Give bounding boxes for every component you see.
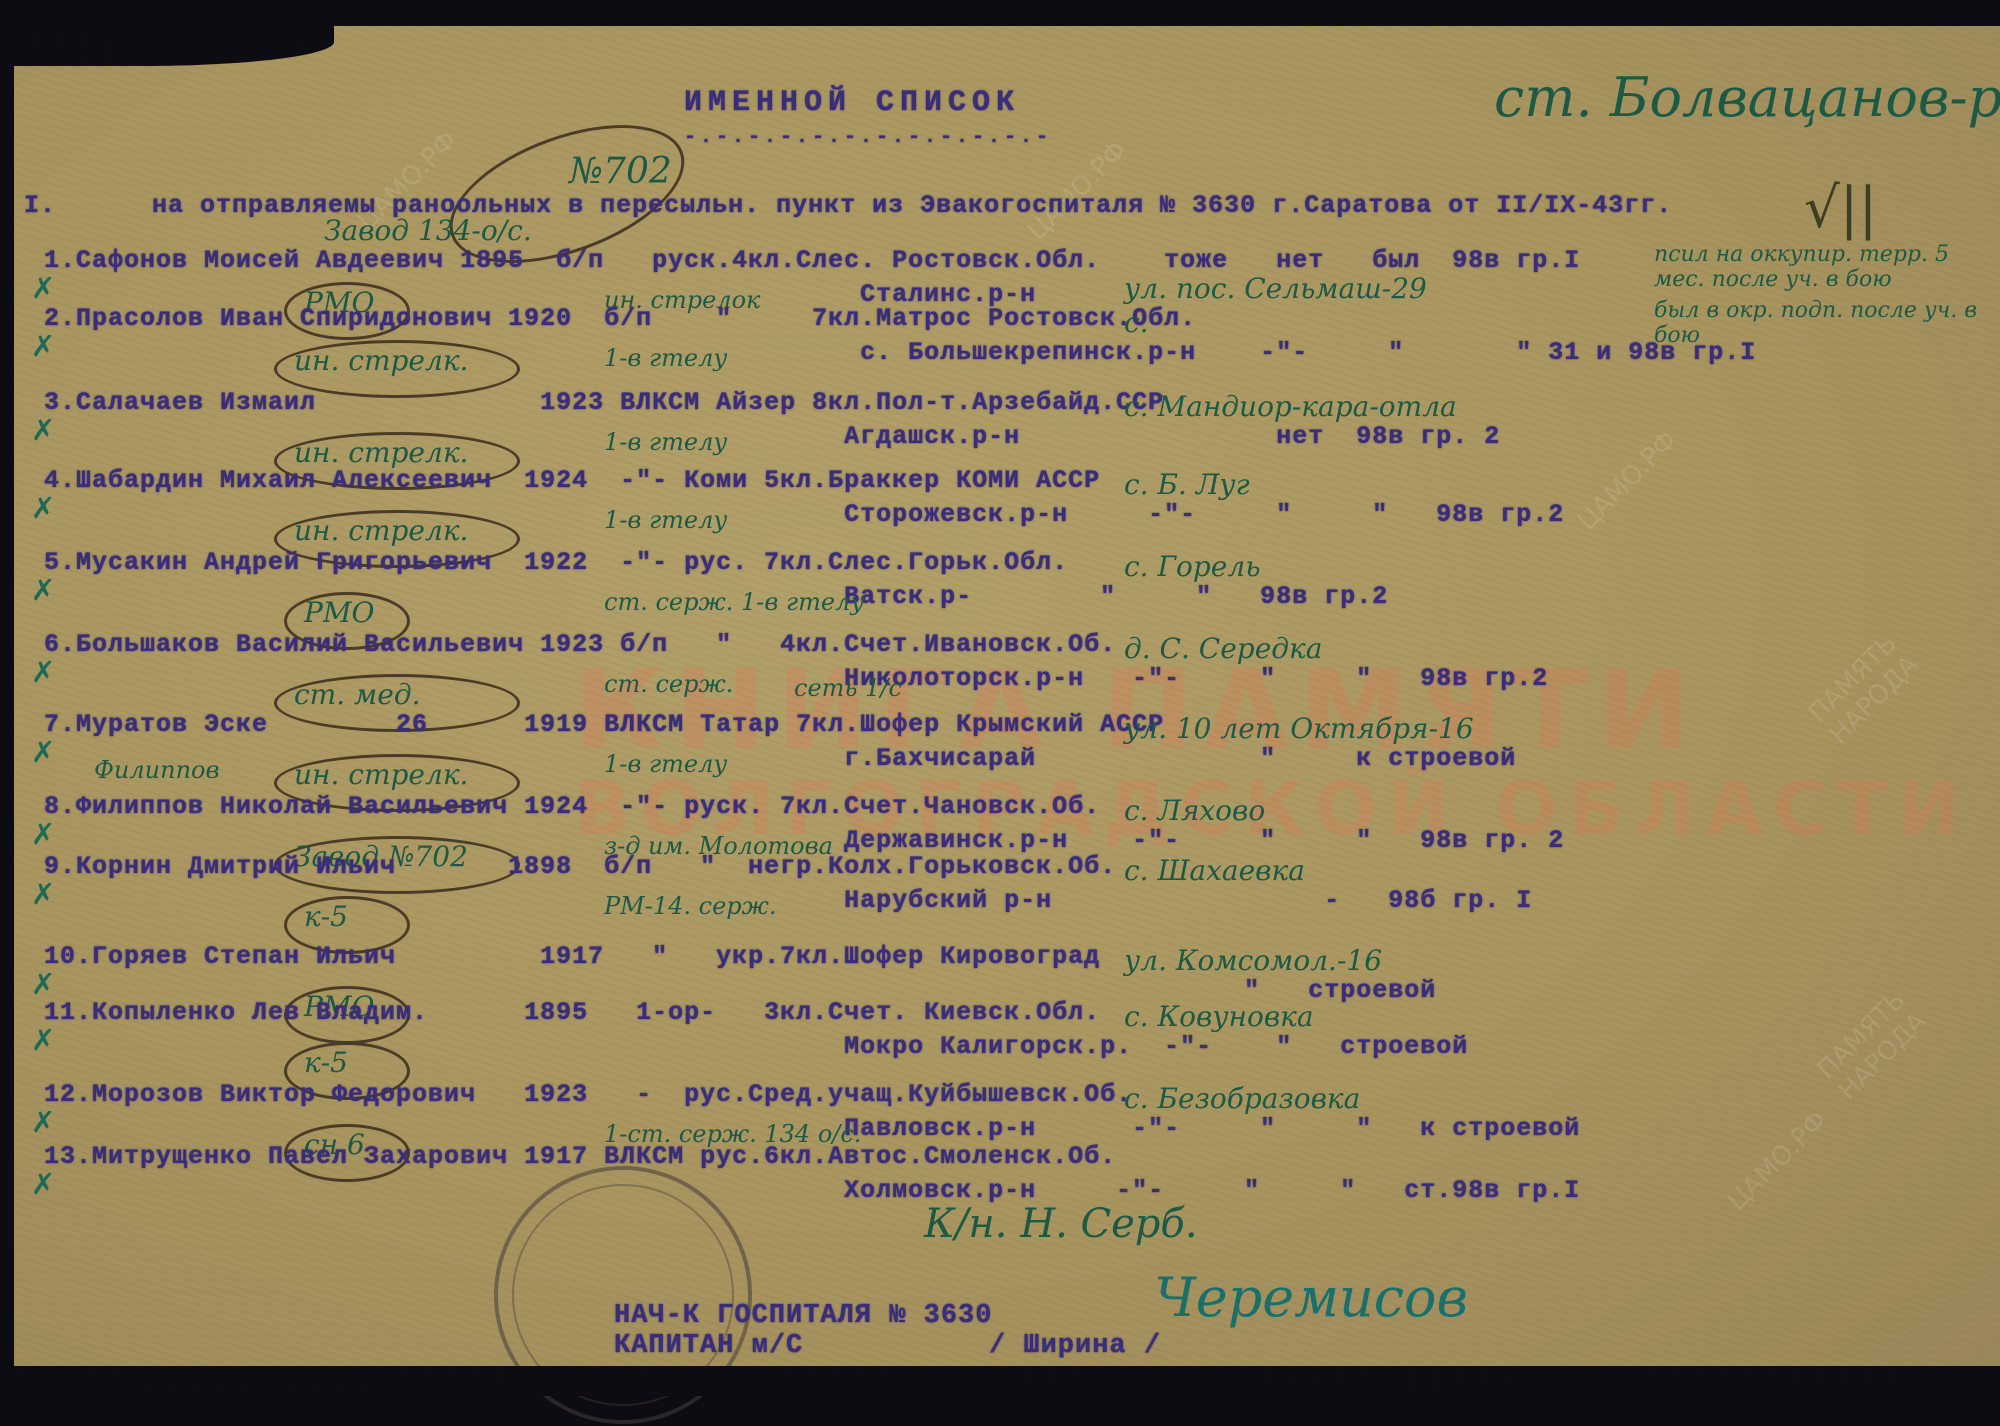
annotation-oval (432, 97, 703, 290)
handwritten-rank: 1-ст. серж. 134 о/с. (604, 1120, 861, 1148)
watermark-camo: ЦАМО.РФ (1022, 135, 1133, 246)
check-x-icon: ✗ (32, 1162, 54, 1205)
handwritten-address: с. Б. Луг (1124, 468, 1250, 501)
watermark-kniga-pamyati: КНИГА ПАМЯТИ (574, 646, 1700, 774)
list-row-line2: Холмовск.р-н -"- " " ст.98в гр.I (44, 1176, 1580, 1205)
annotation-oval (274, 674, 520, 732)
handwritten-note: псил на оккупир. терр. 5 мес. после уч. … (1654, 242, 1984, 292)
list-row-line2: " строевой (44, 976, 1436, 1005)
list-row-line1: 7.Муратов Эске 26 1919 ВЛКСМ Татар 7кл.Ш… (44, 710, 1164, 739)
handwritten-address: с. (1124, 306, 1149, 339)
handwritten-address: ул. пос. Сельмаш-29 (1124, 272, 1427, 305)
circled-annotation: к-5 (304, 900, 348, 933)
annotation-oval (284, 282, 410, 340)
check-x-icon: ✗ (32, 486, 54, 529)
handwritten-rank: РМ-14. серж. (604, 892, 777, 920)
annotation-oval (284, 986, 410, 1044)
list-row-line2: Нарубский р-н - 98б гр. I (44, 886, 1532, 915)
top-right-annotation: ст. Болвацанов-рз (1494, 66, 2000, 129)
header-annotation-zavod: Завод 134-о/с. (324, 214, 532, 247)
circled-annotation: РМО (304, 596, 374, 629)
handwritten-rank: 1-в гтелу (604, 506, 727, 534)
annotation-oval (284, 896, 410, 954)
list-row-line2: г.Бахчисарай " к строевой (44, 744, 1516, 773)
check-x-icon: ✗ (32, 872, 54, 915)
annotation-oval (274, 340, 520, 398)
annotation-oval (274, 432, 520, 490)
list-row-line1: 11.Копыленко Лев Владим. 1895 1-ор- 3кл.… (44, 998, 1100, 1027)
handwritten-above: Филиппов (94, 756, 219, 784)
handwritten-address: д. С. Середка (1124, 632, 1322, 665)
document-title: ИМЕННОЙ СПИСОК (684, 86, 1020, 120)
check-mark: √|| (1804, 176, 1877, 241)
list-row-line1: 6.Большаков Василий Васильевич 1923 б/п … (44, 630, 1116, 659)
list-row-line1: 10.Горяев Степан Ильич 1917 " укр.7кл.Шо… (44, 942, 1100, 971)
list-row-line2: Сталинс.р-н (44, 280, 1036, 309)
check-x-icon: ✗ (32, 730, 54, 773)
list-row-line1: 5.Мусакин Андрей Григорьевич 1922 -"- ру… (44, 548, 1068, 577)
handwritten-address: с. Ляхово (1124, 794, 1265, 827)
handwritten-address: ул. Комсомол.-16 (1124, 944, 1382, 977)
circled-annotation: РМО (304, 286, 374, 319)
circled-annotation: сн 6 (304, 1128, 365, 1161)
hospital-stamp (494, 1166, 752, 1424)
check-x-icon: ✗ (32, 1100, 54, 1143)
list-row-line1: 1.Сафонов Моисей Авдеевич 1895 б/п руск.… (44, 246, 1580, 275)
list-row-line1: 4.Шабардин Михаил Алексеевич 1924 -"- Ко… (44, 466, 1100, 495)
list-row-line2: Сторожевск.р-н -"- " " 98в гр.2 (44, 500, 1564, 529)
title-underline: -.-.-.-.-.-.-.-.-.-.-.- (684, 126, 1052, 149)
circled-annotation: Завод №702 (294, 840, 468, 873)
check-x-icon: ✗ (32, 962, 54, 1005)
list-row-line2: Державинск.р-н -"- " " 98в гр. 2 (44, 826, 1564, 855)
watermark-camo: ЦАМО.РФ (352, 125, 463, 236)
handwritten-rank: ин. стрелок (604, 286, 760, 314)
footer-title-2: КАПИТАН м/С (614, 1331, 803, 1361)
check-x-icon: ✗ (32, 650, 54, 693)
annotation-oval (274, 510, 520, 568)
handwritten-rank: ст. серж. 1-в гтелу (604, 588, 864, 616)
circled-annotation: РМО (304, 990, 374, 1023)
list-row-line1: 2.Прасолов Иван Спиридонович 1920 б/п " … (44, 304, 1196, 333)
header-annotation-702: №702 (569, 151, 672, 192)
circled-annotation: ин. стрелк. (294, 344, 468, 377)
annotation-oval (284, 1124, 410, 1182)
check-x-icon: ✗ (32, 568, 54, 611)
circled-annotation: ин. стрелк. (294, 436, 468, 469)
torn-edge (14, 26, 334, 66)
handwritten-address: с. Шахаевка (1124, 854, 1305, 887)
annotation-oval (274, 836, 520, 894)
list-row-line1: 8.Филиппов Николай Васильевич 1924 -"- р… (44, 792, 1100, 821)
handwritten-address: с. Мандиор-кара-отла (1124, 390, 1457, 423)
handwritten-address: с. Горель (1124, 550, 1260, 583)
annotation-oval (284, 1042, 410, 1100)
watermark-camo: ЦАМО.РФ (1722, 1105, 1833, 1216)
footer-title-1: НАЧ-К ГОСПИТАЛЯ № 3630 (614, 1301, 992, 1331)
header-line: I. на отправляемы раноольных в пересыльн… (24, 191, 1672, 220)
handwritten-address: ул. 10 лет Октября-16 (1124, 712, 1474, 745)
circled-annotation: ст. мед. (294, 678, 420, 711)
circled-annotation: ин. стрелк. (294, 514, 468, 547)
check-x-icon: ✗ (32, 812, 54, 855)
check-x-icon: ✗ (32, 324, 54, 367)
list-row-line1: 3.Салачаев Измаил 1923 ВЛКСМ Айзер 8кл.П… (44, 388, 1164, 417)
watermark-pamyat-naroda: ПАМЯТЬ НАРОДА (1811, 925, 1992, 1106)
handwritten-rank: з-д им. Молотова (604, 832, 833, 860)
list-row-line2: с. Большекрепинск.р-н -"- " " 31 и 98в г… (44, 338, 1756, 367)
footer-name: / Ширина / (989, 1331, 1161, 1361)
list-row-line1: 12.Морозов Виктор Федорович 1923 - рус.С… (44, 1080, 1132, 1109)
check-x-icon: ✗ (32, 408, 54, 451)
handwritten-note: был в окр. подп. после уч. в бою (1654, 298, 1984, 348)
check-x-icon: ✗ (32, 1018, 54, 1061)
annotation-oval (274, 754, 520, 812)
list-row-line1: 9.Корнин Дмитрий Ильич 1898 б/п " негр.К… (44, 852, 1116, 881)
watermark-pamyat-naroda: ПАМЯТЬ НАРОДА (1803, 562, 1991, 750)
list-row-line2: Ватск.р- " " 98в гр.2 (44, 582, 1388, 611)
circled-annotation: ин. стрелк. (294, 758, 468, 791)
annotation-oval (284, 592, 410, 650)
watermark-region: ВОЛГОГРАДСКОЙ ОБЛАСТИ (574, 766, 1970, 852)
circled-annotation: к-5 (304, 1046, 348, 1079)
signer-note: К/н. Н. Серб. (924, 1201, 1198, 1247)
document-page: КНИГА ПАМЯТИ ВОЛГОГРАДСКОЙ ОБЛАСТИ ЦАМО.… (14, 26, 2000, 1396)
torn-edge (14, 1366, 2000, 1396)
handwritten-rank: 1-в гтелу (604, 428, 727, 456)
signature: Черемисов (1154, 1266, 1468, 1329)
watermark-camo: ЦАМО.РФ (1572, 425, 1683, 536)
list-row-line2: Павловск.р-н -"- " " к строевой (44, 1114, 1580, 1143)
handwritten-address: с. Ковуновка (1124, 1000, 1314, 1033)
handwritten-above: сеть 1/с (794, 674, 902, 702)
list-row-line2: Николоторск.р-н -"- " " 98в гр.2 (44, 664, 1548, 693)
handwritten-rank: 1-в гтелу (604, 750, 727, 778)
list-row-line1: 13.Митрущенко Павел Захарович 1917 ВЛКСМ… (44, 1142, 1116, 1171)
check-x-icon: ✗ (32, 266, 54, 309)
list-row-line2: Мокро Калигорск.р. -"- " строевой (44, 1032, 1468, 1061)
handwritten-rank: 1-в гтелу (604, 344, 727, 372)
list-row-line2: Агдашск.р-н нет 98в гр. 2 (44, 422, 1500, 451)
handwritten-address: с. Безобразовка (1124, 1082, 1360, 1115)
handwritten-rank: ст. серж. (604, 670, 733, 698)
